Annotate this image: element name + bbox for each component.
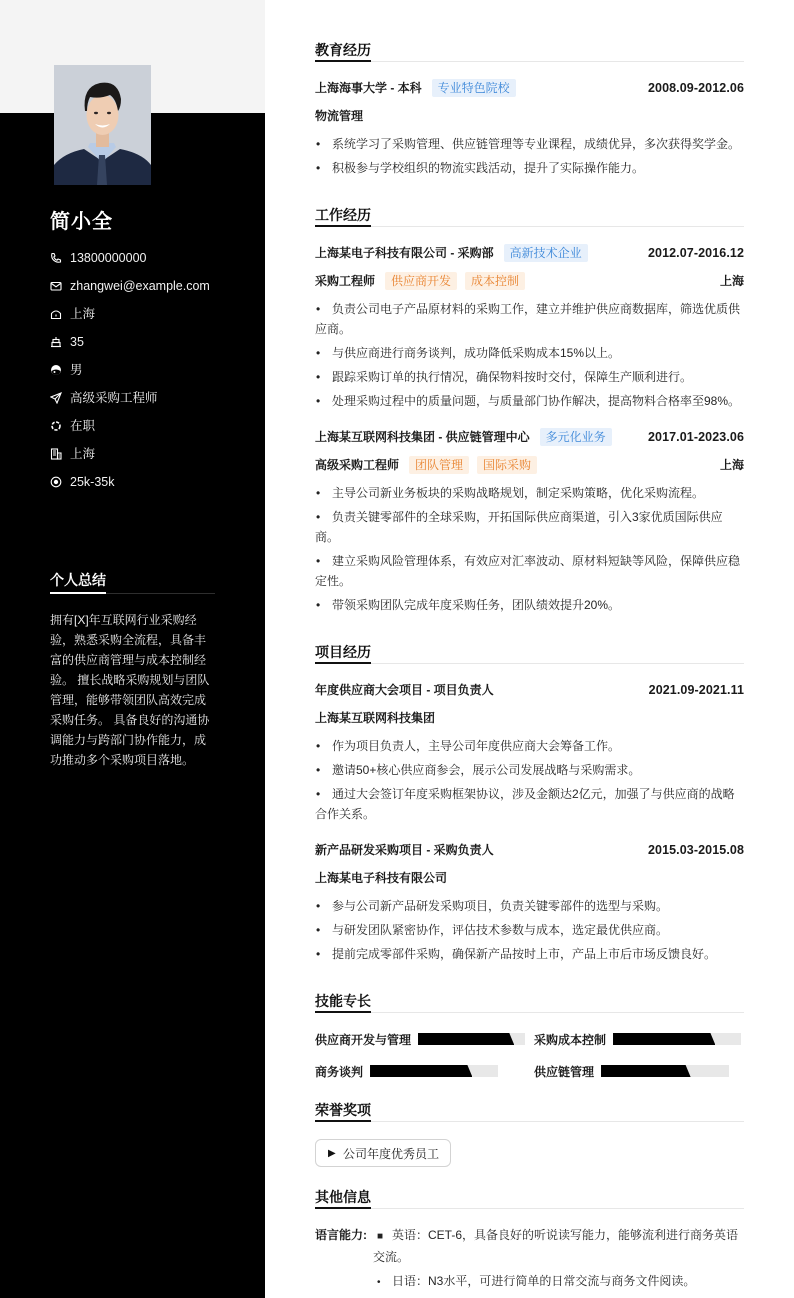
info-item-target-position: 高级采购工程师	[50, 388, 210, 408]
target-position: 高级采购工程师	[70, 388, 158, 408]
info-item-email: zhangwei@example.com	[50, 276, 210, 296]
list-item: •作为项目负责人，主导公司年度供应商大会筹备工作。	[315, 736, 744, 756]
section-header: 其他信息	[315, 1187, 744, 1209]
main-content: 教育经历 上海海事大学 - 本科 专业特色院校 2008.09-2012.06 …	[315, 40, 744, 1293]
bullet-list: •参与公司新产品研发采购项目，负责关键零部件的选型与采购。 •与研发团队紧密协作…	[315, 896, 744, 964]
skill-level-fill	[418, 1033, 514, 1045]
bullet-list: •作为项目负责人，主导公司年度供应商大会筹备工作。 •邀请50+核心供应商参会，…	[315, 736, 744, 824]
bullet-icon: •	[315, 134, 332, 154]
sidebar: 简小全 13800000000 zhangwei@example.com 上海 …	[0, 0, 265, 1298]
language-label: 语言能力:	[315, 1225, 373, 1293]
expected-salary: 25k-35k	[70, 472, 114, 492]
honor-text: 公司年度优秀员工	[343, 1145, 439, 1162]
section-header: 项目经历	[315, 642, 744, 664]
company-tag: 多元化业务	[540, 428, 612, 446]
entry-header: 新产品研发采购项目 - 采购负责人 2015.03-2015.08	[315, 840, 744, 860]
contact-info-list: 13800000000 zhangwei@example.com 上海 35 男	[50, 248, 210, 500]
cake-icon	[50, 336, 62, 348]
phone-icon	[50, 252, 62, 264]
skill-level-bar	[370, 1065, 498, 1077]
list-item-text: 积极参与学校组织的物流实践活动，提升了实际操作能力。	[332, 161, 644, 175]
list-item-text: 带领采购团队完成年度采购任务，团队绩效提升20%。	[332, 598, 620, 612]
bullet-icon: •	[315, 784, 332, 804]
mail-icon	[50, 280, 62, 292]
entry-header: 上海某电子科技有限公司 - 采购部 高新技术企业 2012.07-2016.12	[315, 243, 744, 263]
school-name: 上海海事大学 - 本科	[315, 78, 422, 98]
bullet-icon: •	[315, 896, 332, 916]
info-item-status: 在职	[50, 416, 210, 436]
list-item-text: 处理采购过程中的质量问题，与质量部门协作解决，提高物料合格率至98%。	[332, 394, 740, 408]
work-entry: 上海某互联网科技集团 - 供应链管理中心 多元化业务 2017.01-2023.…	[315, 427, 744, 615]
bullet-icon: •	[315, 920, 332, 940]
candidate-name: 简小全	[50, 210, 113, 234]
bullet-icon: •	[315, 507, 332, 527]
list-item: •提前完成零部件采购，确保新产品按时上市，产品上市后市场反馈良好。	[315, 944, 744, 964]
info-item-phone: 13800000000	[50, 248, 210, 268]
honors-section: 荣誉奖项 ▶ 公司年度优秀员工	[315, 1100, 744, 1167]
company-name: 上海某电子科技有限公司 - 采购部	[315, 243, 494, 263]
list-item: •带领采购团队完成年度采购任务，团队绩效提升20%。	[315, 595, 744, 615]
info-item-salary: 25k-35k	[50, 472, 210, 492]
list-item-text: 与研发团队紧密协作，评估技术参数与成本，选定最优供应商。	[332, 923, 668, 937]
list-item-text: 系统学习了采购管理、供应链管理等专业课程，成绩优异，多次获得奖学金。	[332, 137, 740, 151]
bullet-icon: •	[315, 343, 332, 363]
section-header: 工作经历	[315, 205, 744, 227]
list-item: •参与公司新产品研发采购项目，负责关键零部件的选型与采购。	[315, 896, 744, 916]
skill-level-bar	[613, 1033, 741, 1045]
entry-date: 2012.07-2016.12	[648, 243, 744, 263]
bullet-icon: ■	[373, 1227, 392, 1247]
role-row: 高级采购工程师 团队管理 国际采购 上海	[315, 455, 744, 475]
list-item: •积极参与学校组织的物流实践活动，提升了实际操作能力。	[315, 158, 744, 178]
list-item-text: 跟踪采购订单的执行情况，确保物料按时交付，保障生产顺利进行。	[332, 370, 692, 384]
list-item-text: 建立采购风险管理体系，有效应对汇率波动、原材料短缺等风险，保障供应稳定性。	[315, 554, 740, 588]
job-location: 上海	[720, 271, 744, 291]
projects-section: 项目经历 年度供应商大会项目 - 项目负责人 2021.09-2021.11 上…	[315, 642, 744, 964]
work-entry: 上海某电子科技有限公司 - 采购部 高新技术企业 2012.07-2016.12…	[315, 243, 744, 411]
bullet-list: •主导公司新业务板块的采购战略规划，制定采购策略，优化采购流程。 •负责关键零部…	[315, 483, 744, 615]
skill-level-fill	[613, 1033, 715, 1045]
list-item-text: 与供应商进行商务谈判，成功降低采购成本15%以上。	[332, 346, 620, 360]
bullet-icon: •	[315, 483, 332, 503]
project-name: 年度供应商大会项目 - 项目负责人	[315, 680, 494, 700]
list-item: •与研发团队紧密协作，评估技术参数与成本，选定最优供应商。	[315, 920, 744, 940]
project-name: 新产品研发采购项目 - 采购负责人	[315, 840, 494, 860]
company-name: 上海某互联网科技集团 - 供应链管理中心	[315, 427, 530, 447]
portrait-image	[54, 65, 151, 185]
work-section: 工作经历 上海某电子科技有限公司 - 采购部 高新技术企业 2012.07-20…	[315, 205, 744, 615]
list-item-text: 日语：N3水平，可进行简单的日常交流与商务文件阅读。	[392, 1274, 695, 1288]
bullet-icon: •	[315, 158, 332, 178]
bullet-list: •系统学习了采购管理、供应链管理等专业课程，成绩优异，多次获得奖学金。 •积极参…	[315, 134, 744, 178]
bullet-icon: •	[315, 760, 332, 780]
list-item: •处理采购过程中的质量问题，与质量部门协作解决，提高物料合格率至98%。	[315, 391, 744, 411]
list-item-text: 参与公司新产品研发采购项目，负责关键零部件的选型与采购。	[332, 899, 668, 913]
list-item-text: 邀请50+核心供应商参会，展示公司发展战略与采购需求。	[332, 763, 640, 777]
building-icon	[50, 448, 62, 460]
job-role: 高级采购工程师	[315, 455, 399, 475]
list-item: •与供应商进行商务谈判，成功降低采购成本15%以上。	[315, 343, 744, 363]
list-item-text: 通过大会签订年度采购框架协议，涉及金额达2亿元，加强了与供应商的战略合作关系。	[315, 787, 735, 821]
entry-subtitle: 上海某电子科技有限公司	[315, 868, 744, 888]
personal-summary: 个人总结 拥有[X]年互联网行业采购经验，熟悉采购全流程，具备丰富的供应商管理与…	[50, 570, 215, 770]
other-info-section: 其他信息 语言能力: ■英语：CET-6，具备良好的听说读写能力，能够流利进行商…	[315, 1187, 744, 1293]
skill-level-fill	[370, 1065, 472, 1077]
list-item-text: 英语：CET-6，具备良好的听说读写能力，能够流利进行商务英语交流。	[373, 1228, 738, 1264]
avatar-photo	[54, 65, 151, 185]
bullet-icon: •	[315, 551, 332, 571]
list-item-text: 提前完成零部件采购，确保新产品按时上市，产品上市后市场反馈良好。	[332, 947, 716, 961]
skill-name: 供应链管理	[534, 1063, 594, 1080]
caret-right-icon: ▶	[328, 1148, 338, 1159]
email-address: zhangwei@example.com	[70, 276, 210, 296]
role-tag: 供应商开发	[385, 272, 457, 290]
bullet-icon: •	[373, 1273, 392, 1293]
skill-name: 商务谈判	[315, 1063, 363, 1080]
section-title: 项目经历	[315, 642, 371, 664]
job-location: 上海	[720, 455, 744, 475]
list-item: •邀请50+核心供应商参会，展示公司发展战略与采购需求。	[315, 760, 744, 780]
section-title: 其他信息	[315, 1187, 371, 1209]
skills-grid: 供应商开发与管理 采购成本控制 商务谈判 供应链管理	[315, 1029, 744, 1081]
entry-date: 2008.09-2012.06	[648, 78, 744, 98]
entry-header: 年度供应商大会项目 - 项目负责人 2021.09-2021.11	[315, 680, 744, 700]
list-item: •跟踪采购订单的执行情况，确保物料按时交付，保障生产顺利进行。	[315, 367, 744, 387]
salary-icon	[50, 476, 62, 488]
send-icon	[50, 392, 62, 404]
summary-title: 个人总结	[50, 570, 106, 594]
list-item-text: 主导公司新业务板块的采购战略规划，制定采购策略，优化采购流程。	[332, 486, 704, 500]
phone-number: 13800000000	[70, 248, 146, 268]
info-item-target-city: 上海	[50, 444, 210, 464]
bullet-list: •负责公司电子产品原材料的采购工作，建立并维护供应商数据库，筛选优质供应商。 •…	[315, 299, 744, 411]
bullet-icon: •	[315, 299, 332, 319]
job-role: 采购工程师	[315, 271, 375, 291]
role-tag: 国际采购	[477, 456, 537, 474]
list-item-text: 负责公司电子产品原材料的采购工作，建立并维护供应商数据库，筛选优质供应商。	[315, 302, 740, 336]
gender: 男	[70, 360, 83, 380]
skill-name: 采购成本控制	[534, 1031, 606, 1048]
skill-level-bar	[418, 1033, 525, 1045]
section-title: 技能专长	[315, 991, 371, 1013]
education-section: 教育经历 上海海事大学 - 本科 专业特色院校 2008.09-2012.06 …	[315, 40, 744, 178]
project-entry: 新产品研发采购项目 - 采购负责人 2015.03-2015.08 上海某电子科…	[315, 840, 744, 964]
skill-item: 供应商开发与管理	[315, 1029, 525, 1049]
list-item: •负责公司电子产品原材料的采购工作，建立并维护供应商数据库，筛选优质供应商。	[315, 299, 744, 339]
education-entry: 上海海事大学 - 本科 专业特色院校 2008.09-2012.06 物流管理 …	[315, 78, 744, 178]
skill-item: 采购成本控制	[534, 1029, 744, 1049]
honor-badge[interactable]: ▶ 公司年度优秀员工	[315, 1139, 451, 1167]
list-item: •主导公司新业务板块的采购战略规划，制定采购策略，优化采购流程。	[315, 483, 744, 503]
summary-header: 个人总结	[50, 570, 215, 594]
bullet-icon: •	[315, 736, 332, 756]
bullet-icon: •	[315, 367, 332, 387]
section-header: 教育经历	[315, 40, 744, 62]
entry-date: 2015.03-2015.08	[648, 840, 744, 860]
entry-subtitle: 上海某互联网科技集团	[315, 708, 744, 728]
home-icon	[50, 308, 62, 320]
skill-level-fill	[601, 1065, 691, 1077]
bullet-icon: •	[315, 391, 332, 411]
summary-text: 拥有[X]年互联网行业采购经验，熟悉采购全流程，具备丰富的供应商管理与成本控制经…	[50, 610, 212, 770]
gender-icon	[50, 364, 62, 376]
section-header: 技能专长	[315, 991, 744, 1013]
project-org: 上海某互联网科技集团	[315, 708, 435, 728]
list-item: •建立采购风险管理体系，有效应对汇率波动、原材料短缺等风险，保障供应稳定性。	[315, 551, 744, 591]
school-tag: 专业特色院校	[432, 79, 516, 97]
language-skills: 语言能力: ■英语：CET-6，具备良好的听说读写能力，能够流利进行商务英语交流…	[315, 1225, 744, 1293]
language-list: ■英语：CET-6，具备良好的听说读写能力，能够流利进行商务英语交流。 •日语：…	[373, 1225, 744, 1293]
skill-item: 供应链管理	[534, 1061, 744, 1081]
target-city: 上海	[70, 444, 95, 464]
status-icon	[50, 420, 62, 432]
skill-item: 商务谈判	[315, 1061, 525, 1081]
section-title: 工作经历	[315, 205, 371, 227]
employment-status: 在职	[70, 416, 95, 436]
list-item: •负责关键零部件的全球采购，开拓国际供应商渠道，引入3家优质国际供应商。	[315, 507, 744, 547]
list-item: •日语：N3水平，可进行简单的日常交流与商务文件阅读。	[373, 1271, 744, 1293]
project-org: 上海某电子科技有限公司	[315, 868, 447, 888]
role-tag: 团队管理	[409, 456, 469, 474]
list-item-text: 负责关键零部件的全球采购，开拓国际供应商渠道，引入3家优质国际供应商。	[315, 510, 723, 544]
section-header: 荣誉奖项	[315, 1100, 744, 1122]
info-item-location: 上海	[50, 304, 210, 324]
bullet-icon: •	[315, 944, 332, 964]
skills-section: 技能专长 供应商开发与管理 采购成本控制 商务谈判 供应链管理	[315, 991, 744, 1081]
section-title: 教育经历	[315, 40, 371, 62]
age: 35	[70, 332, 84, 352]
list-item: ■英语：CET-6，具备良好的听说读写能力，能够流利进行商务英语交流。	[373, 1225, 744, 1267]
list-item: •通过大会签订年度采购框架协议，涉及金额达2亿元，加强了与供应商的战略合作关系。	[315, 784, 744, 824]
major: 物流管理	[315, 106, 363, 126]
role-tag: 成本控制	[465, 272, 525, 290]
list-item-text: 作为项目负责人，主导公司年度供应商大会筹备工作。	[332, 739, 620, 753]
info-item-age: 35	[50, 332, 210, 352]
entry-date: 2017.01-2023.06	[648, 427, 744, 447]
skill-level-bar	[601, 1065, 729, 1077]
section-title: 荣誉奖项	[315, 1100, 371, 1122]
entry-header: 上海某互联网科技集团 - 供应链管理中心 多元化业务 2017.01-2023.…	[315, 427, 744, 447]
skill-name: 供应商开发与管理	[315, 1031, 411, 1048]
company-tag: 高新技术企业	[504, 244, 588, 262]
entry-date: 2021.09-2021.11	[649, 680, 744, 700]
role-row: 采购工程师 供应商开发 成本控制 上海	[315, 271, 744, 291]
entry-header: 上海海事大学 - 本科 专业特色院校 2008.09-2012.06	[315, 78, 744, 98]
list-item: •系统学习了采购管理、供应链管理等专业课程，成绩优异，多次获得奖学金。	[315, 134, 744, 154]
bullet-icon: •	[315, 595, 332, 615]
entry-subtitle: 物流管理	[315, 106, 744, 126]
current-location: 上海	[70, 304, 95, 324]
info-item-gender: 男	[50, 360, 210, 380]
project-entry: 年度供应商大会项目 - 项目负责人 2021.09-2021.11 上海某互联网…	[315, 680, 744, 824]
